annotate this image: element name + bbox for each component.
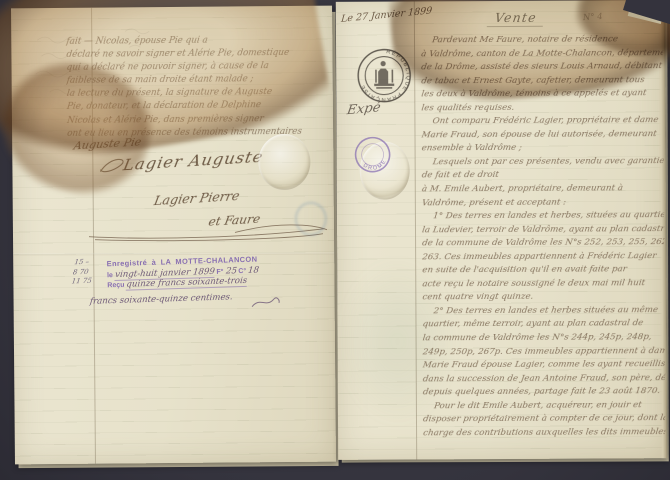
handwritten-line: 249p, 250p, 267p. Ces immeubles appartie…	[422, 345, 666, 360]
margin-figure: 11 75	[71, 277, 92, 287]
stamp-case-label: C°	[238, 267, 246, 274]
handwritten-line: Valdrôme, présent et acceptant :	[421, 196, 665, 211]
handwritten-line: Pardevant Me Faure, notaire de résidence	[420, 33, 664, 48]
handwritten-line: cent quatre vingt quinze.	[421, 291, 665, 306]
handwritten-line: Ont comparu Frédéric Lagier, propriétair…	[420, 114, 664, 129]
handwritten-line: la commune de Valdrôme les N°s 244p, 245…	[422, 331, 666, 346]
registration-stamp-amount-line: francs soixante-quinze centimes.	[90, 286, 233, 308]
stamp-amount-continued: francs soixante-quinze centimes.	[89, 292, 233, 307]
handwritten-line: 1° Des terres en landes et herbes, situé…	[421, 209, 665, 224]
fiscal-stamp: RÉPUBLIQUE FRANÇAISE	[356, 47, 412, 103]
stamp-folio-label: F°	[216, 268, 223, 275]
signature-lagier-pierre: Lagier Pierre	[153, 188, 241, 208]
stamp-printed-label: le	[107, 272, 113, 279]
handwritten-line: à M. Emile Aubert, propriétaire, demeura…	[421, 182, 665, 197]
seated-figure-icon	[374, 61, 394, 89]
registrar-paraph	[250, 294, 282, 311]
signature-auguste-pie: Auguste Pie	[73, 136, 143, 153]
handwritten-line: charge des contributions auxquelles les …	[422, 426, 666, 441]
handwritten-line: en suite de l'acquisition qu'il en avait…	[421, 263, 665, 278]
date-annotation: Le 27 Janvier 1899	[341, 5, 433, 25]
stamp-case-value: 18	[248, 265, 260, 275]
stamp-received-label: Reçu	[107, 282, 124, 290]
handwritten-line: de fait et de droit	[421, 169, 665, 184]
right-page: Le 27 Janvier 1899 RÉPUBLIQUE FRANÇAISE …	[336, 0, 667, 460]
handwritten-line: de la commune de Valdrôme les N°s 252, 2…	[421, 236, 665, 251]
handwritten-line: disposer propriétairement à compter de c…	[422, 412, 666, 427]
handwritten-line: de la Drôme, assisté des sieurs Louis Ar…	[420, 60, 664, 75]
right-body-text: Pardevant Me Faure, notaire de résidence…	[420, 33, 664, 441]
embossed-notary-seal	[258, 134, 310, 190]
handwritten-line: ensemble à Valdrôme ;	[421, 142, 665, 157]
expedition-note: Expé	[346, 100, 382, 118]
handwritten-line: quartier, même terroir, ayant au plan ca…	[422, 318, 666, 333]
handwritten-line: à Valdrôme, canton de La Motte-Chalancon…	[420, 47, 664, 62]
handwritten-line: Marie Fraud épouse Lagier, comme les aya…	[422, 358, 666, 373]
archival-document-scan: fait — Nicolas, épouse Pie qui a déclaré…	[0, 0, 670, 480]
faint-stamp-trace	[295, 202, 327, 236]
registration-stamp: 15 – 8 70 11 75 Enregistré à LA MOTTE-CH…	[71, 253, 293, 322]
stamp-folio-value: 25	[225, 266, 237, 276]
page-number: N° 4	[583, 12, 603, 23]
handwritten-line: les deux à Valdrôme, témoins à ce appelé…	[420, 87, 664, 102]
left-body-text: fait — Nicolas, épouse Pie qui a déclaré…	[65, 34, 334, 141]
signature-lagier-auguste: Lagier Auguste	[122, 147, 265, 174]
document-title: Vente	[487, 10, 545, 27]
handwritten-line: depuis quelques années, partage fait le …	[422, 385, 666, 400]
left-page: fait — Nicolas, épouse Pie qui a déclaré…	[11, 6, 336, 465]
margin-figures: 15 – 8 70 11 75	[71, 258, 95, 287]
signature-underline-flourish	[85, 221, 331, 243]
